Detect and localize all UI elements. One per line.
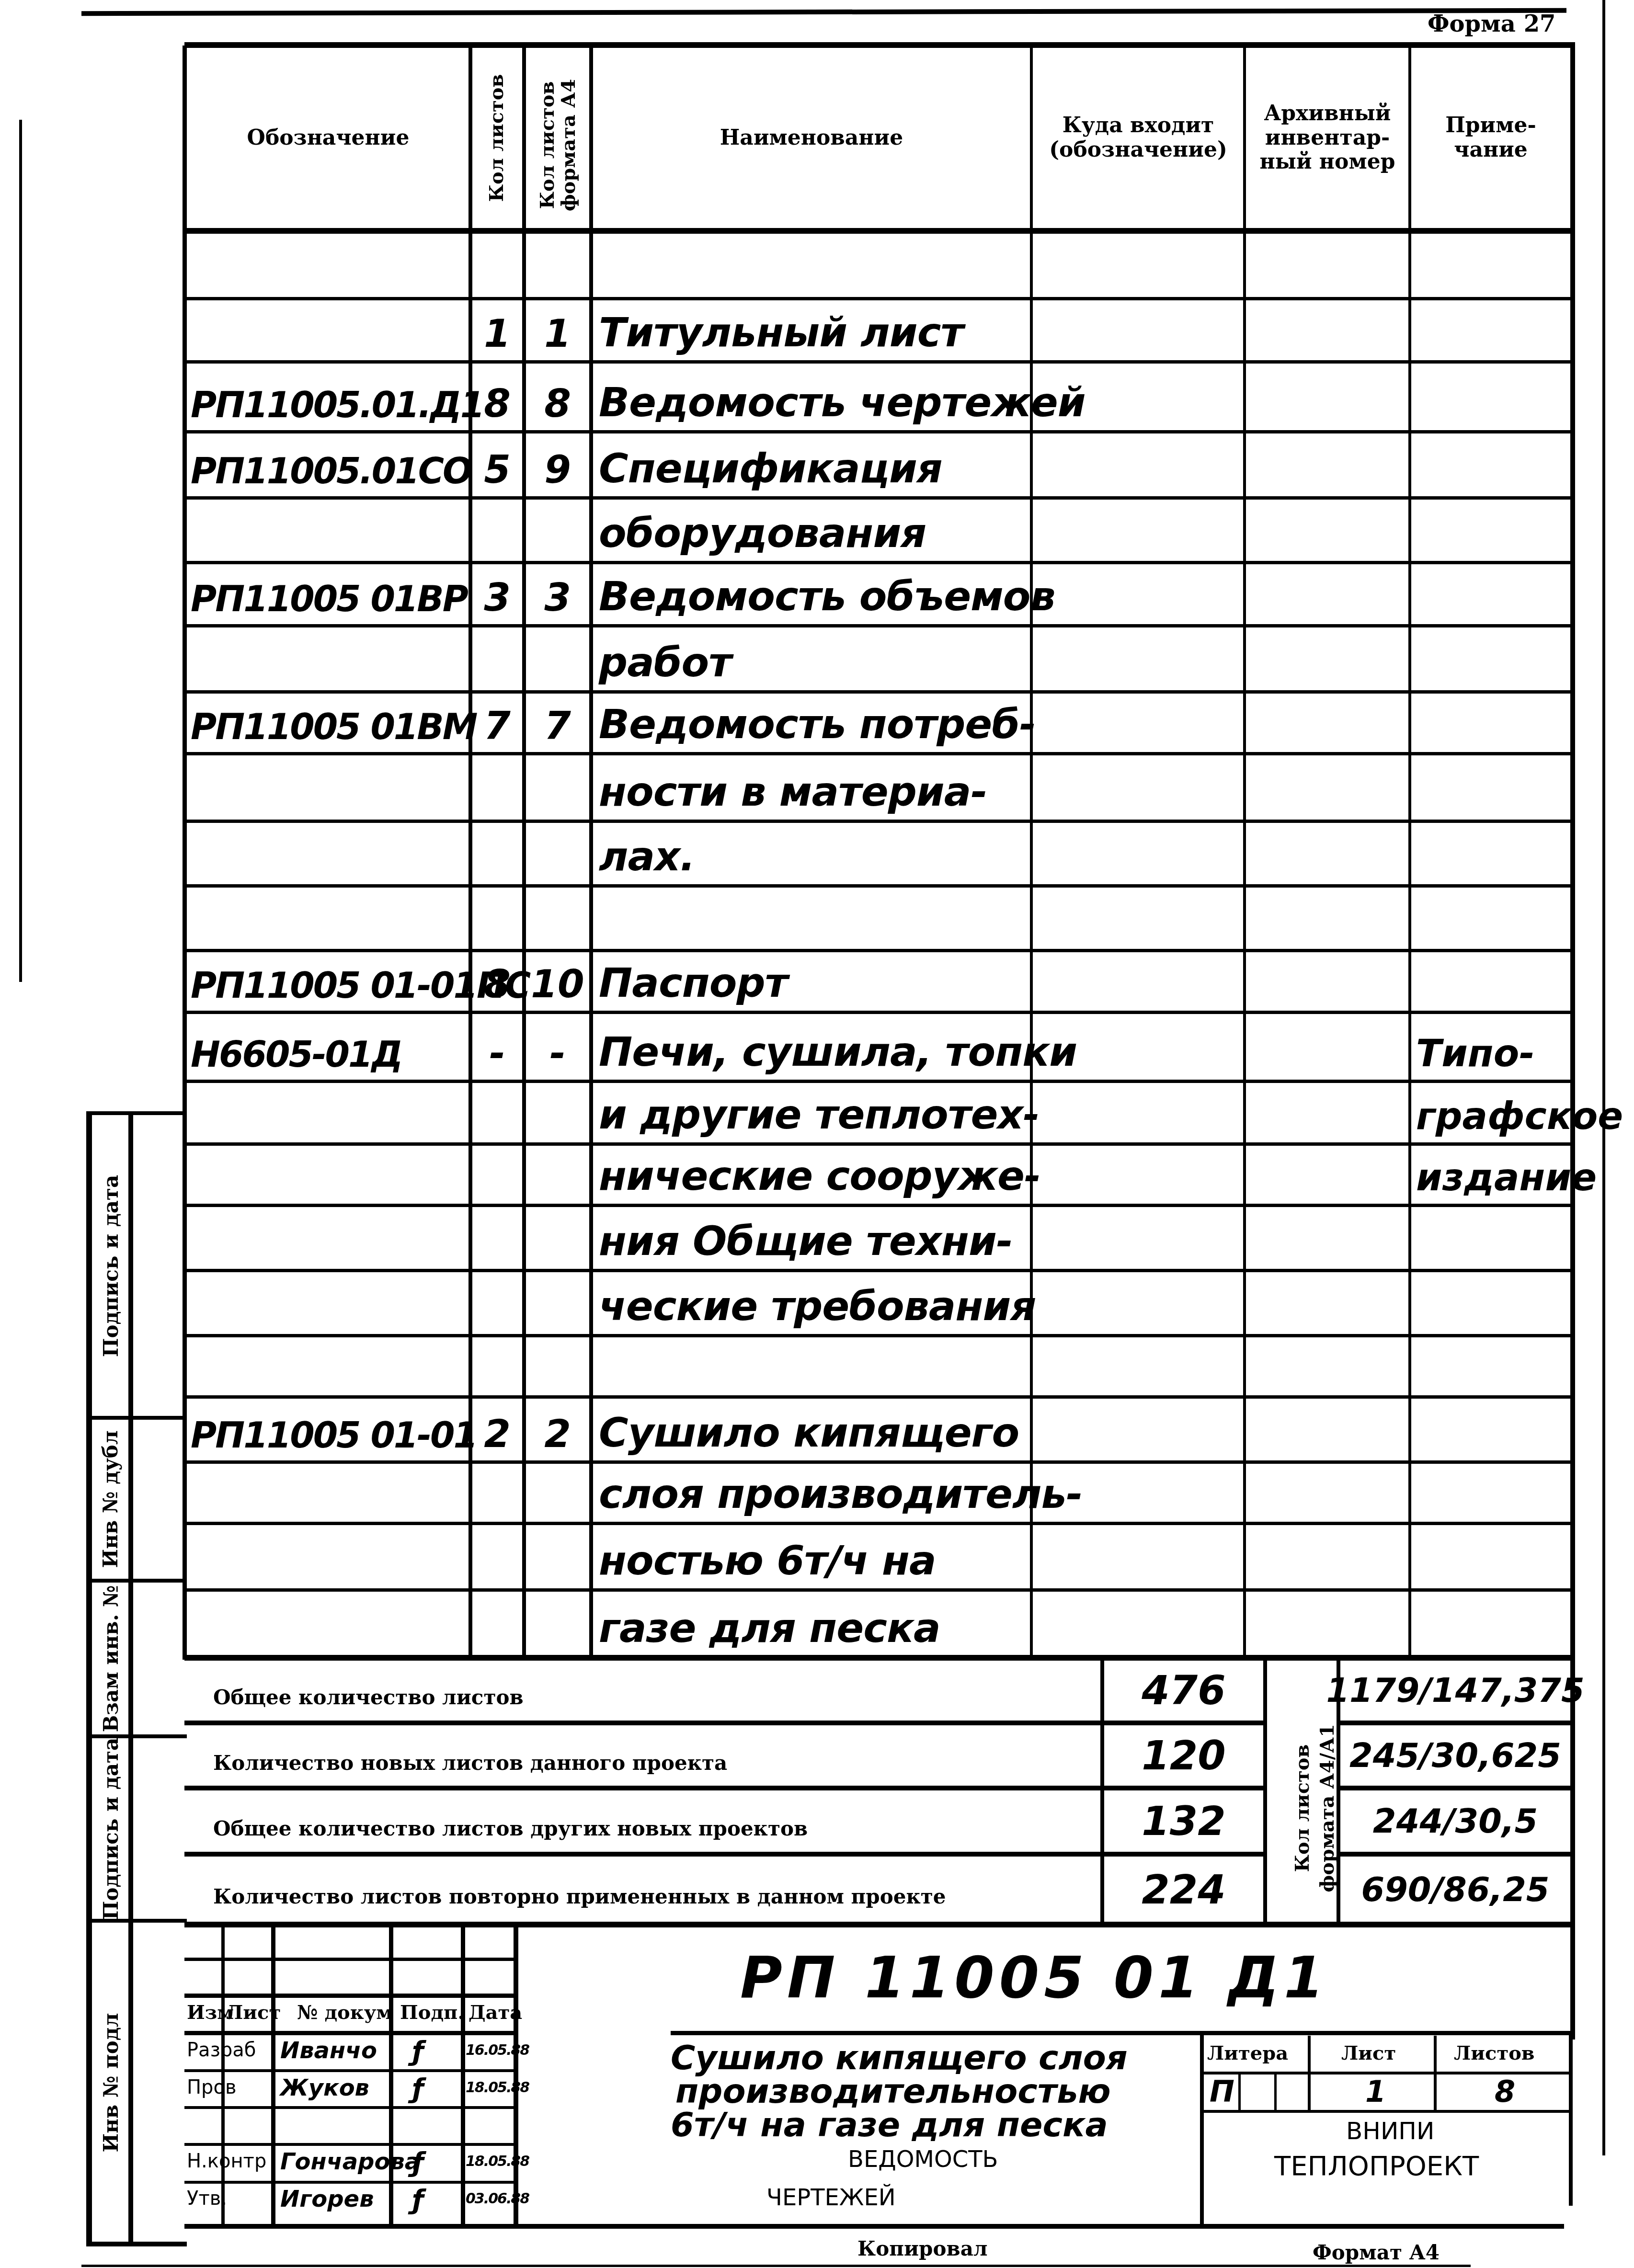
header-name: Наименование — [593, 48, 1030, 228]
cell-name: оборудования — [593, 498, 1036, 557]
cell-sheet-count — [472, 1144, 522, 1199]
header-sheet-count-a4-text: Кол листов формата А4 — [537, 66, 579, 224]
cell-name: Паспорт — [593, 950, 1036, 1006]
cell-note: Типо- — [1411, 1012, 1575, 1075]
cell-note — [1411, 362, 1575, 426]
sheet-value: 1 — [1365, 2074, 1386, 2109]
tb-row — [1200, 2110, 1571, 2113]
cell-note: графское — [1411, 1081, 1575, 1138]
cell-note — [1411, 562, 1575, 620]
cell-sheet-count — [472, 821, 522, 880]
cell-note — [1411, 230, 1575, 293]
cell-name: Ведомость чертежей — [593, 362, 1036, 426]
cell-name: Ведомость объемов — [593, 562, 1036, 620]
cell-note: издание — [1411, 1144, 1575, 1199]
cell-sheet-count — [472, 230, 522, 293]
tb-header-sheet: Лист — [226, 2001, 281, 2024]
cell-name: ностью 6т/ч на — [593, 1523, 1036, 1584]
cell-note — [1411, 298, 1575, 356]
cell-name — [593, 886, 1036, 945]
cell-sheet-count-a4 — [526, 1462, 589, 1517]
cell-designation: Н6605-01Д — [187, 1012, 472, 1075]
header-sheet-count: Кол листов — [477, 48, 515, 228]
table-top-line — [184, 42, 1574, 48]
cell-note — [1411, 950, 1575, 1006]
format-label: Формат А4 — [1313, 2241, 1440, 2264]
side-margin-label: Подпись и дата — [93, 1114, 127, 1418]
cell-designation — [187, 1590, 472, 1652]
cell-note — [1411, 1335, 1575, 1391]
cell-sheet-count-a4: 10 — [526, 950, 589, 1006]
cell-sheet-count — [472, 1270, 522, 1330]
cell-name: Ведомость потреб- — [593, 692, 1036, 748]
sheets-label: Листов — [1454, 2042, 1535, 2064]
cell-note — [1411, 1397, 1575, 1456]
cell-name: и другие теплотех- — [593, 1081, 1036, 1138]
cell-sheet-count: 5 — [472, 432, 522, 492]
cell-designation: РП11005 01ВР — [187, 562, 472, 620]
cell-sheet-count: 7 — [472, 692, 522, 748]
summary-col-line — [1263, 1657, 1267, 1926]
side-margin-label: Инв № дубл — [93, 1418, 127, 1581]
copied-label: Копировал — [857, 2237, 988, 2260]
cell-note — [1411, 753, 1575, 815]
summary-a4-a1: 244/30,5 — [1340, 1788, 1570, 1854]
cell-sheet-count-a4 — [526, 1335, 589, 1391]
side-line — [128, 1114, 133, 2244]
summary-row-line — [184, 1852, 1265, 1857]
cell-designation — [187, 1462, 472, 1517]
summary-count: 132 — [1104, 1788, 1263, 1854]
cell-designation: РП11005.01СО — [187, 432, 472, 492]
cell-designation — [187, 1144, 472, 1199]
form-label: Форма 27 — [1428, 11, 1555, 37]
header-included-in: Куда входит (обозначение) — [1033, 48, 1244, 228]
side-margin-label: Взам инв. № — [93, 1581, 127, 1736]
organization-line-1: ВНИПИ — [1346, 2117, 1434, 2145]
top-border-line — [81, 8, 1566, 16]
cell-sheet-count-a4 — [526, 1270, 589, 1330]
cell-sheet-count — [472, 1523, 522, 1584]
cell-sheet-count-a4 — [526, 498, 589, 557]
summary-count: 224 — [1104, 1854, 1263, 1925]
cell-designation: РП11005 01-01ПС — [187, 950, 472, 1006]
cell-sheet-count-a4: 9 — [526, 432, 589, 492]
cell-name: Спецификация — [593, 432, 1036, 492]
sheet-label: Лист — [1341, 2042, 1396, 2064]
signer-role: Разраб — [187, 2039, 256, 2061]
cell-sheet-count: 8 — [472, 362, 522, 426]
litera-label: Литера — [1207, 2042, 1288, 2064]
col-line — [589, 46, 593, 1660]
signer-role: Утв. — [187, 2188, 227, 2210]
tb-row — [184, 2143, 515, 2146]
cell-sheet-count-a4: 2 — [526, 1397, 589, 1456]
tb-header-date: Дата — [468, 2001, 522, 2024]
cell-sheet-count-a4 — [526, 1523, 589, 1584]
cell-note — [1411, 1270, 1575, 1330]
cell-designation — [187, 821, 472, 880]
cell-name: ности в материа- — [593, 753, 1036, 815]
cell-sheet-count — [472, 1205, 522, 1265]
tb-col — [1200, 2033, 1204, 2227]
cell-sheet-count — [472, 1081, 522, 1138]
summary-label: Количество листов повторно примененных в… — [184, 1869, 1123, 1925]
cell-sheet-count-a4 — [526, 886, 589, 945]
side-line — [86, 2242, 187, 2246]
cell-designation — [187, 626, 472, 686]
cell-sheet-count-a4 — [526, 753, 589, 815]
tb-row — [184, 2069, 515, 2072]
organization-line-2: ТЕПЛОПРОЕКТ — [1274, 2151, 1479, 2182]
cell-name: газе для песка — [593, 1590, 1036, 1652]
cell-sheet-count-a4 — [526, 1205, 589, 1265]
cell-designation — [187, 230, 472, 293]
document-type-line-2: ЧЕРТЕЖЕЙ — [766, 2184, 896, 2211]
cell-name: лах. — [593, 821, 1036, 880]
cell-sheet-count-a4 — [526, 230, 589, 293]
sheets-value: 8 — [1495, 2074, 1515, 2109]
footer-line — [81, 2265, 1471, 2267]
cell-note — [1411, 1590, 1575, 1652]
cell-sheet-count — [472, 626, 522, 686]
cell-note — [1411, 432, 1575, 492]
cell-designation: РП11005 01ВМ — [187, 692, 472, 748]
cell-sheet-count-a4: 1 — [526, 298, 589, 356]
summary-row-line — [184, 1786, 1265, 1790]
cell-name: работ — [593, 626, 1036, 686]
cell-note — [1411, 498, 1575, 557]
signer-role: Пров — [187, 2076, 237, 2098]
cell-designation — [187, 298, 472, 356]
cell-name: ческие требования — [593, 1270, 1036, 1330]
signer-date: 16.05.88 — [466, 2042, 529, 2059]
cell-designation — [187, 1270, 472, 1330]
signer-name: Иванчо — [280, 2037, 377, 2064]
cell-sheet-count: 3 — [472, 562, 522, 620]
litera-value: П — [1210, 2074, 1234, 2109]
cell-sheet-count — [472, 1335, 522, 1391]
description-line-3: 6т/ч на газе для песка — [671, 2105, 1108, 2144]
cell-sheet-count-a4 — [526, 1144, 589, 1199]
cell-sheet-count-a4: 8 — [526, 362, 589, 426]
signer-role: Н.контр — [187, 2150, 266, 2172]
col-line — [522, 46, 526, 1660]
cell-sheet-count — [472, 1590, 522, 1652]
signer-date: 18.05.88 — [466, 2153, 529, 2170]
summary-a4-a1: 690/86,25 — [1340, 1854, 1570, 1925]
tb-right — [1569, 2033, 1573, 2206]
cell-sheet-count — [472, 1462, 522, 1517]
cell-name: нические сооруже- — [593, 1144, 1036, 1199]
cell-designation — [187, 753, 472, 815]
signer-date: 03.06.88 — [466, 2190, 529, 2207]
cell-designation — [187, 498, 472, 557]
cell-name — [593, 1335, 1036, 1391]
summary-count: 476 — [1104, 1657, 1263, 1723]
cell-sheet-count-a4 — [526, 626, 589, 686]
left-margin-line — [19, 120, 22, 982]
header-note: Приме-чание — [1411, 48, 1570, 228]
col-line — [1243, 46, 1246, 1660]
cell-designation: РП11005.01.Д1 — [187, 362, 472, 426]
signature-mark: ƒ — [412, 2184, 423, 2215]
cell-note — [1411, 1205, 1575, 1265]
right-border-line — [1602, 0, 1605, 2155]
cell-sheet-count — [472, 753, 522, 815]
cell-sheet-count: 1 — [472, 298, 522, 356]
cell-sheet-count-a4 — [526, 821, 589, 880]
cell-name: ния Общие техни- — [593, 1205, 1036, 1265]
summary-a4-a1: 245/30,625 — [1340, 1723, 1570, 1788]
cell-designation — [187, 1205, 472, 1265]
tb-header-signature: Подп. — [400, 2001, 464, 2024]
summary-count: 120 — [1104, 1723, 1263, 1788]
cell-note — [1411, 692, 1575, 748]
cell-note — [1411, 1462, 1575, 1517]
cell-designation — [187, 1081, 472, 1138]
signer-name: Гончарова — [280, 2148, 420, 2175]
signature-mark: ƒ — [412, 2147, 423, 2178]
cell-note — [1411, 821, 1575, 880]
cell-sheet-count-a4: 7 — [526, 692, 589, 748]
signer-name: Жуков — [280, 2074, 369, 2101]
cell-note — [1411, 886, 1575, 945]
cell-note — [1411, 1523, 1575, 1584]
tb-col — [1238, 2074, 1241, 2112]
cell-sheet-count-a4 — [526, 1590, 589, 1652]
cell-sheet-count: 2 — [472, 1397, 522, 1456]
a4-a1-label-text: Кол листов формата А4/А1 — [1290, 1717, 1340, 1899]
header-designation: Обозначение — [187, 48, 469, 228]
signature-mark: ƒ — [412, 2073, 423, 2104]
cell-name: Печи, сушила, топки — [593, 1012, 1036, 1075]
title-line — [671, 2031, 1574, 2035]
cell-name: слоя производитель- — [593, 1462, 1036, 1517]
cell-sheet-count: - — [472, 1012, 522, 1075]
signature-mark: ƒ — [412, 2036, 423, 2067]
cell-note — [1411, 626, 1575, 686]
cell-sheet-count: 8 — [472, 950, 522, 1006]
side-line — [86, 1114, 92, 2244]
cell-sheet-count-a4 — [526, 1081, 589, 1138]
cell-sheet-count — [472, 498, 522, 557]
cell-designation — [187, 1335, 472, 1391]
tb-header-doc-no: № докум — [297, 2001, 393, 2024]
summary-label: Общее количество листов — [184, 1672, 1123, 1723]
document-code: РП 11005 01 Д1 — [740, 1945, 1329, 2011]
tb-row — [184, 1994, 515, 1998]
tb-col — [1274, 2074, 1277, 2112]
side-margin-label: Инв № подл — [93, 1921, 127, 2244]
cell-sheet-count — [472, 886, 522, 945]
tb-row — [184, 2106, 515, 2109]
cell-designation — [187, 886, 472, 945]
cell-designation — [187, 1523, 472, 1584]
signer-date: 18.05.88 — [466, 2079, 529, 2096]
tb-row — [184, 1958, 515, 1961]
summary-row-line — [184, 1721, 1265, 1725]
header-sheet-count-a4: Кол листов формата А4 — [532, 55, 584, 235]
summary-label: Количество новых листов данного проекта — [184, 1737, 1123, 1788]
a4-a1-label: Кол листов формата А4/А1 — [1281, 1679, 1348, 1937]
cell-name — [593, 230, 1036, 293]
signer-name: Игорев — [280, 2186, 374, 2212]
document-type-line-1: ВЕДОМОСТЬ — [848, 2146, 998, 2173]
cell-sheet-count-a4: 3 — [526, 562, 589, 620]
title-bottom-line — [184, 2224, 1564, 2229]
cell-name: Титульный лист — [593, 298, 1036, 356]
cell-sheet-count-a4: - — [526, 1012, 589, 1075]
header-archive-number: Архивный инвентар-ный номер — [1246, 48, 1409, 228]
summary-label: Общее количество листов других новых про… — [184, 1802, 1123, 1854]
summary-a4-a1: 1179/147,375 — [1340, 1657, 1570, 1723]
cell-designation: РП11005 01-01 — [187, 1397, 472, 1456]
tb-row — [184, 2181, 515, 2184]
side-margin-label: Подпись и дата — [93, 1736, 127, 1921]
cell-name: Сушило кипящего — [593, 1397, 1036, 1456]
tb-row — [184, 2031, 515, 2035]
